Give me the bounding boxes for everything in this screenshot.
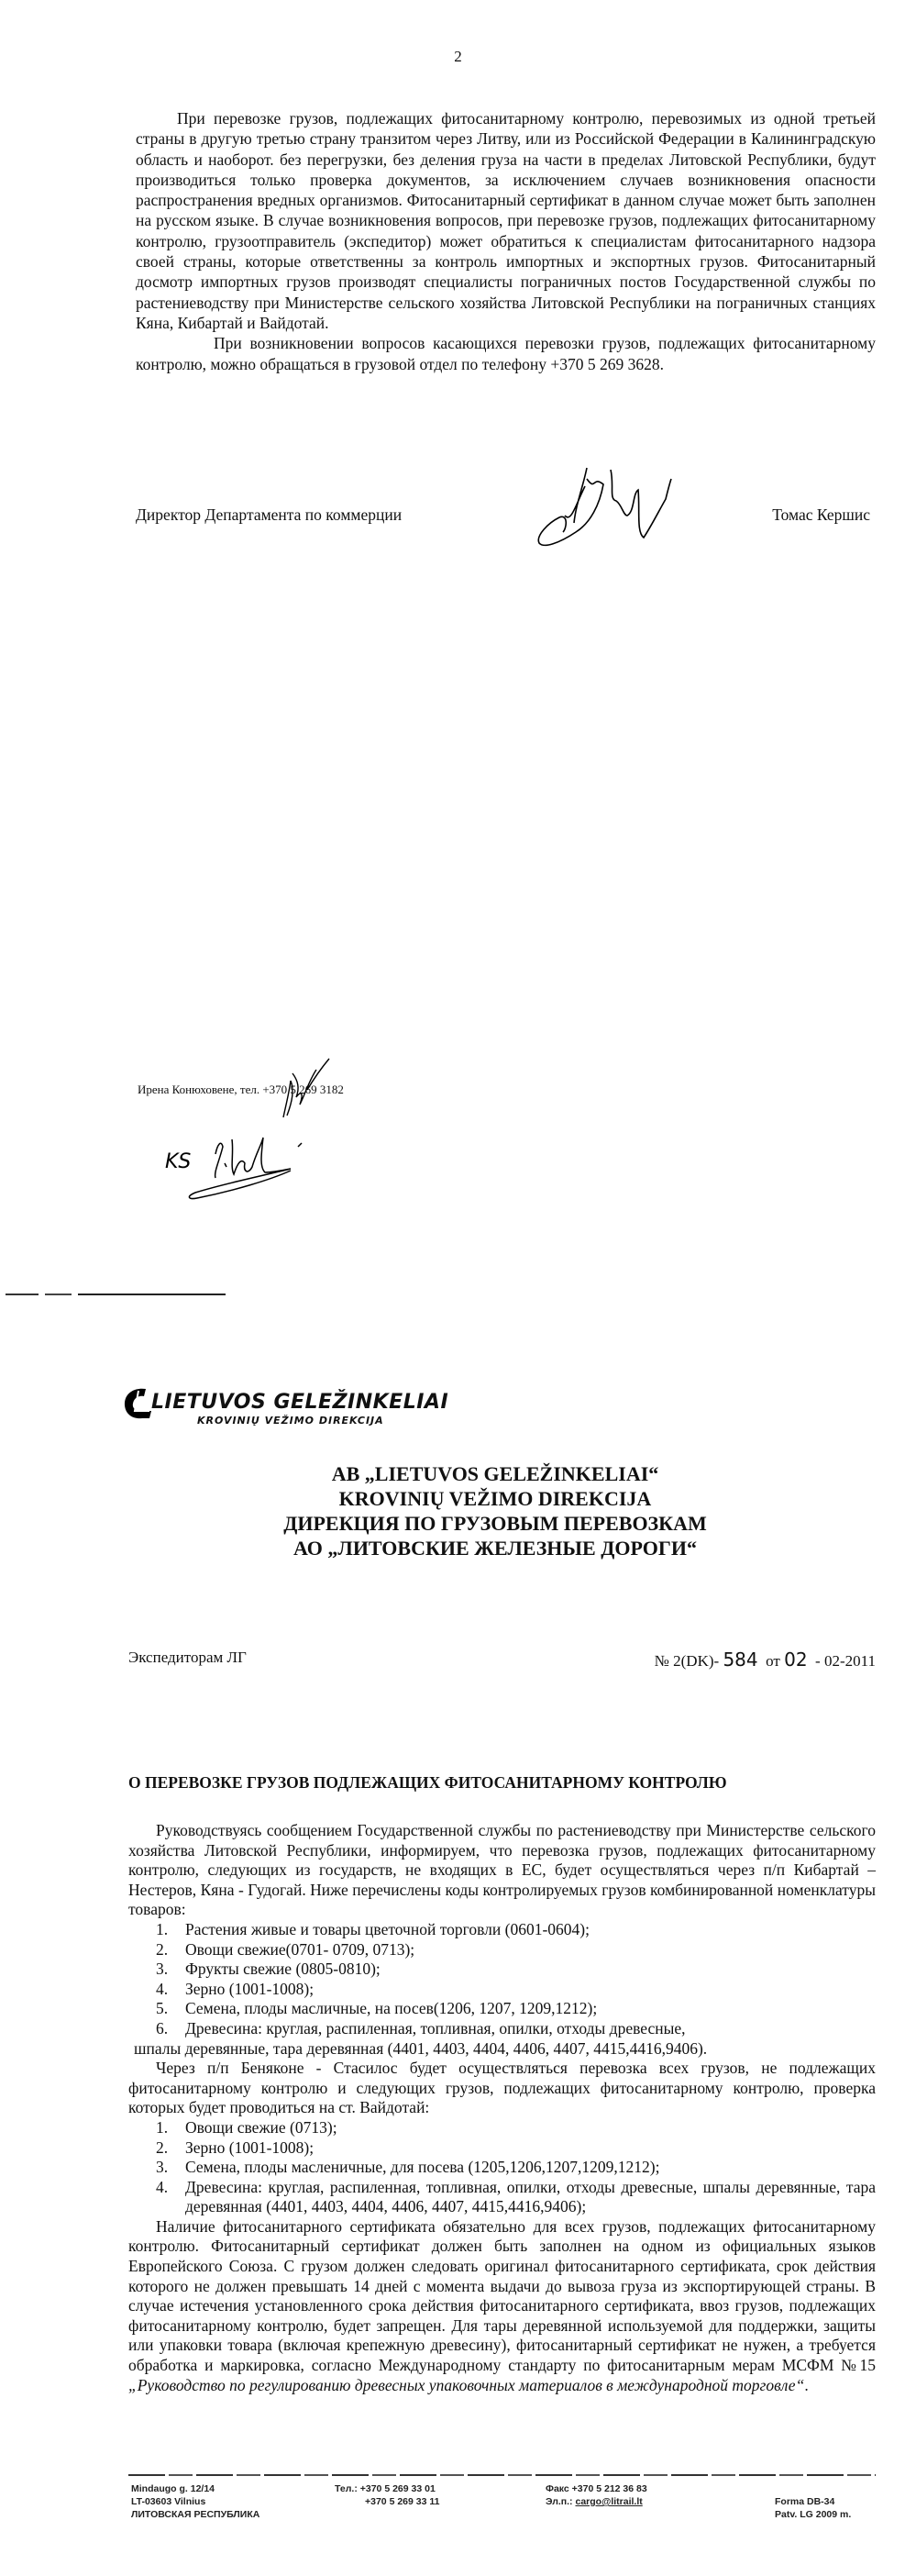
page-number: 2 <box>0 48 916 66</box>
list-item: 2.Зерно (1001-1008); <box>128 2138 876 2159</box>
footer-form: Forma DB-34 Patv. LG 2009 m. <box>775 2495 851 2521</box>
header-line-3: ДИРЕКЦИЯ ПО ГРУЗОВЫМ ПЕРЕВОЗКАМ <box>128 1511 862 1536</box>
list-item: 1.Растения живые и товары цветочной торг… <box>128 1920 876 1940</box>
signatory-role: Директор Департамента по коммерции <box>136 505 402 525</box>
page1-paragraph-1: При перевозке грузов, подлежащих фитосан… <box>136 108 876 333</box>
fax-number: Факс +370 5 212 36 83 <box>546 2482 647 2495</box>
list-item: 3.Фрукты свежие (0805-0810); <box>128 1960 876 1980</box>
header-line-1: AB „LIETUVOS GELEŽINKELIAI“ <box>128 1461 862 1486</box>
ref-from: от <box>766 1652 780 1670</box>
logo-sub-text: KROVINIŲ VEŽIMO DIREKCIJA <box>197 1415 384 1427</box>
header-line-4: АО „ЛИТОВСКИЕ ЖЕЛЕЗНЫЕ ДОРОГИ“ <box>128 1536 862 1560</box>
email-link[interactable]: cargo@litrail.lt <box>575 2496 642 2507</box>
list-item: 3.Семена, плоды масленичные, для посева … <box>128 2158 876 2178</box>
document-reference: № 2(DK)- 584 от 02 - 02-2011 <box>655 1649 876 1671</box>
ref-prefix: № 2(DK)- <box>655 1652 720 1670</box>
controlled-goods-list: 1.Растения живые и товары цветочной торг… <box>128 1920 876 2059</box>
middle-paragraph: Через п/п Беняконе - Стасилос будет осущ… <box>128 2059 876 2118</box>
list-item: 4.Зерно (1001-1008); <box>128 1980 876 2000</box>
footer-divider <box>128 2474 876 2476</box>
lg-logo-icon <box>122 1387 153 1420</box>
ks-initials-signature-icon: KS <box>160 1127 362 1209</box>
letterhead-header: AB „LIETUVOS GELEŽINKELIAI“ KROVINIŲ VEŽ… <box>128 1461 862 1560</box>
ref-number: 584 <box>723 1649 757 1671</box>
list-item: 4.Древесина: круглая, распиленная, топли… <box>128 2178 876 2217</box>
signature-block: Директор Департамента по коммерции Томас… <box>136 500 876 573</box>
list-item: 2.Овощи свежие(0701- 0709, 0713); <box>128 1940 876 1960</box>
closing-paragraph: Наличие фитосанитарного сертификата обяз… <box>128 2217 876 2395</box>
list-item: 6.Древесина: круглая, распиленная, топли… <box>128 2019 876 2059</box>
addressee: Экспедиторам ЛГ <box>128 1649 247 1667</box>
page1-text: При перевозке грузов, подлежащих фитосан… <box>136 108 876 374</box>
contact-signature-icon <box>280 1053 335 1122</box>
list-item: 1.Овощи свежие (0713); <box>128 2118 876 2138</box>
ref-date: - 02-2011 <box>815 1652 876 1670</box>
footer-address: Mindaugo g. 12/14 LT-03603 Vilnius ЛИТОВ… <box>131 2482 259 2521</box>
page1-paragraph-2: При возникновении вопросов касающихся пе… <box>136 333 876 374</box>
footer-fax-email: Факс +370 5 212 36 83 Эл.п.: cargo@litra… <box>546 2482 647 2508</box>
letter-body: Руководствуясь сообщением Государственно… <box>128 1821 876 2395</box>
ref-day: 02 <box>784 1649 807 1671</box>
page-divider <box>6 1294 226 1295</box>
signatory-name: Томас Кершис <box>772 505 870 525</box>
intro-paragraph: Руководствуясь сообщением Государственно… <box>128 1821 876 1920</box>
footer-phones: Тел.: +370 5 269 33 01 +370 5 269 33 11 <box>335 2482 439 2508</box>
header-line-2: KROVINIŲ VEŽIMO DIREKCIJA <box>128 1486 862 1511</box>
list-item: 5.Семена, плоды масличные, на посев(1206… <box>128 1999 876 2019</box>
logo-main-text: LIETUVOS GELEŽINKELIAI <box>151 1391 448 1414</box>
standard-title: „Руководство по регулированию древесных … <box>128 2376 804 2394</box>
letter-title: О ПЕРЕВОЗКЕ ГРУЗОВ ПОДЛЕЖАЩИХ ФИТОСАНИТА… <box>128 1773 727 1793</box>
initials-text: KS <box>165 1150 191 1173</box>
director-signature-icon <box>521 459 686 555</box>
vaidotai-goods-list: 1.Овощи свежие (0713); 2.Зерно (1001-100… <box>128 2118 876 2217</box>
